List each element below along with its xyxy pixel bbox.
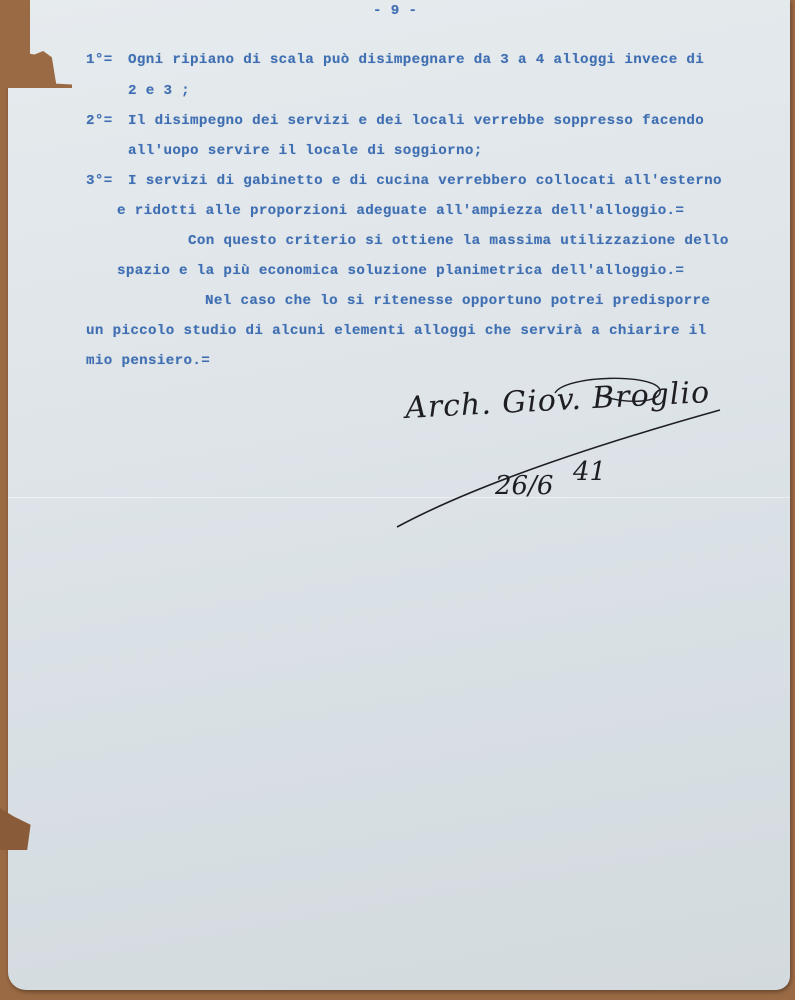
item-1-label: 1°= (86, 52, 121, 68)
item-2-line-2: all'uopo servire il locale di soggiorno; (128, 143, 483, 159)
item-2-line-1: Il disimpegno dei servizi e dei locali v… (128, 113, 704, 129)
page-number: - 9 - (373, 3, 417, 19)
signature-date: 26/6 (495, 471, 553, 501)
body-line-2: spazio e la più economica soluzione plan… (117, 263, 684, 279)
item-1-line-2: 2 e 3 ; (128, 83, 190, 99)
item-3-label: 3°= (86, 173, 121, 189)
body-line-4: un piccolo studio di alcuni elementi all… (86, 323, 706, 339)
signature-year: 41 (573, 457, 606, 487)
item-2-label: 2°= (86, 113, 121, 129)
body-line-1: Con questo criterio si ottiene la massim… (188, 233, 729, 249)
handwritten-signature: Arch. Giov. Broglio 26/6 41 (395, 375, 735, 535)
item-3-line-2: e ridotti alle proporzioni adeguate all'… (117, 203, 684, 219)
item-1-line-1: Ogni ripiano di scala può disimpegnare d… (128, 52, 704, 68)
body-line-3: Nel caso che lo si ritenesse opportuno p… (205, 293, 710, 309)
item-3-line-1: I servizi di gabinetto e di cucina verre… (128, 173, 722, 189)
body-line-5: mio pensiero.= (86, 353, 210, 369)
